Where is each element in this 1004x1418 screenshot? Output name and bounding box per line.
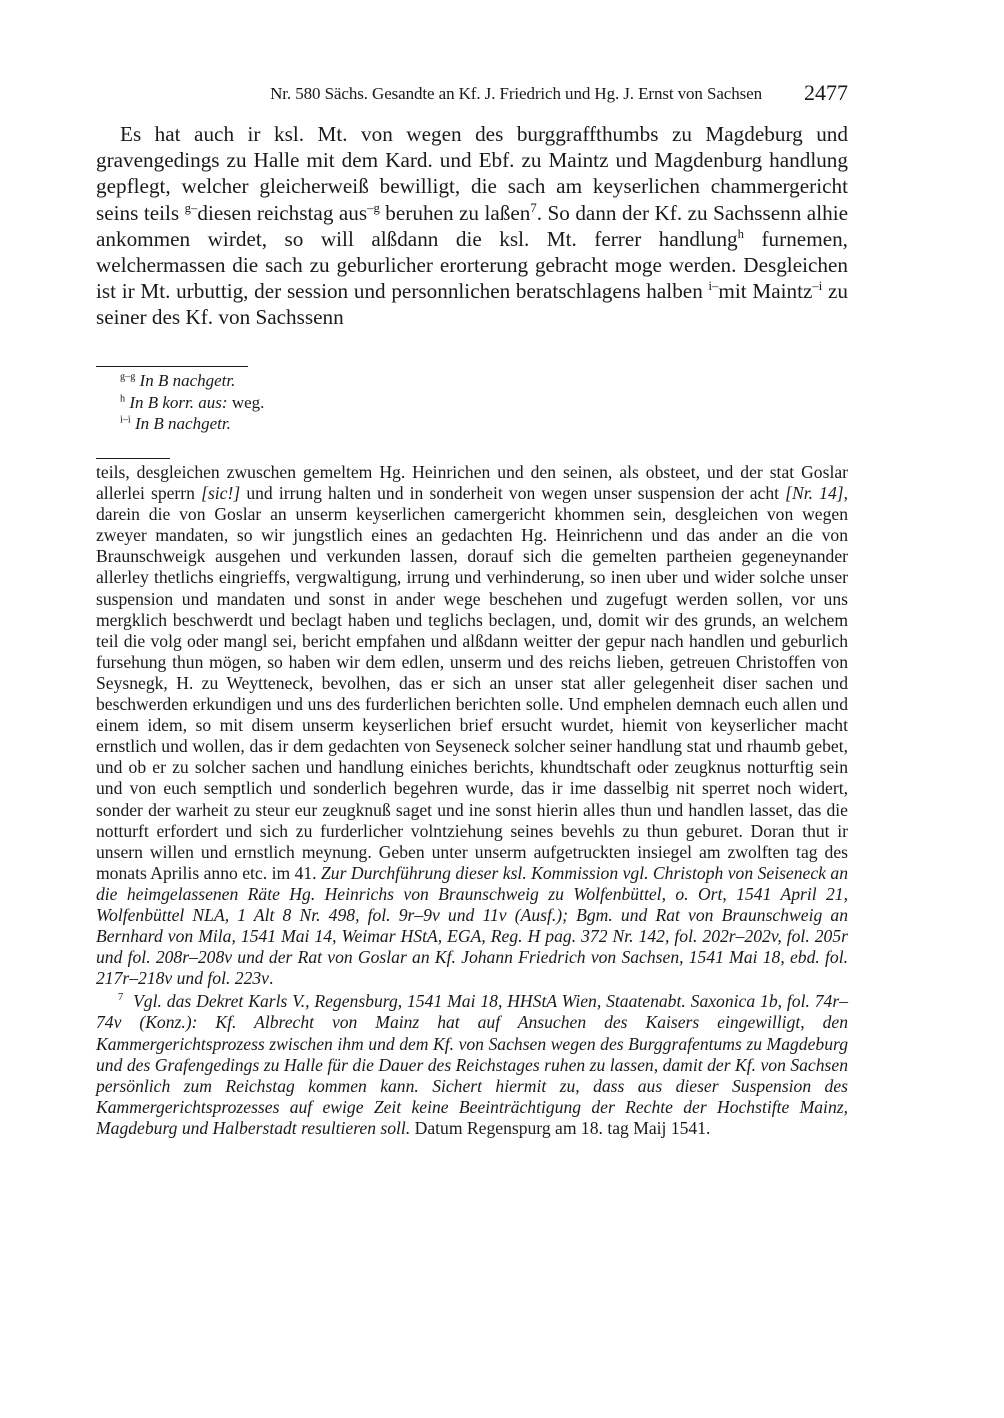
footnote-divider [96,458,170,459]
apparatus-note: In B nachgetr. [140,371,236,390]
apparatus-note: In B nachgetr. [135,414,231,433]
apparatus-entry: h In B korr. aus: weg. [120,392,264,414]
running-header: Nr. 580 Sächs. Gesandte an Kf. J. Friedr… [96,80,848,108]
main-text: Es hat auch ir ksl. Mt. von wegen des bu… [96,121,848,331]
apparatus-mark-i-close: –i [812,279,822,293]
apparatus-note: In B korr. aus: [129,393,227,412]
text-run: beruhen zu laßen [380,201,531,225]
apparatus-mark-g-open: g– [185,201,198,215]
editorial-reference: [Nr. 14] [785,483,843,503]
apparatus-mark-i-open: i– [709,279,719,293]
text-run: und irrung halten und in sonderheit von … [240,483,785,503]
apparatus-mark: g–g [120,371,135,382]
footnote-continuation: teils, desgleichen zwuschen gemeltem Hg.… [96,462,848,989]
apparatus-divider [96,366,248,367]
text-run: mit Maintz [718,279,812,303]
page-number: 2477 [804,80,848,106]
apparatus-mark: h [120,393,125,404]
apparatus-mark-g-close: –g [367,201,380,215]
text-run: diesen reichstag aus [197,201,367,225]
footnote-number: 7 [118,992,123,1003]
footnote-quote: Datum Regenspurg am 18. tag Maij 1541. [410,1118,710,1138]
critical-apparatus: g–g In B nachgetr. h In B korr. aus: weg… [120,370,264,435]
editorial-sic: [sic!] [201,483,240,503]
footnote-7: 7 Vgl. das Dekret Karls V., Regensburg, … [96,991,848,1139]
text-run: , darein die von Goslar an unserm keyser… [96,483,848,883]
running-title: Nr. 580 Sächs. Gesandte an Kf. J. Friedr… [270,84,762,104]
footnote-commentary: Vgl. das Dekret Karls V., Regensburg, 15… [96,991,848,1138]
footnotes: teils, desgleichen zwuschen gemeltem Hg.… [96,462,848,1139]
apparatus-extra: weg. [228,393,265,412]
apparatus-entry: i–i In B nachgetr. [120,413,264,435]
text-run: . [269,968,273,988]
apparatus-mark: i–i [120,414,131,425]
main-paragraph: Es hat auch ir ksl. Mt. von wegen des bu… [96,121,848,331]
apparatus-entry: g–g In B nachgetr. [120,370,264,392]
